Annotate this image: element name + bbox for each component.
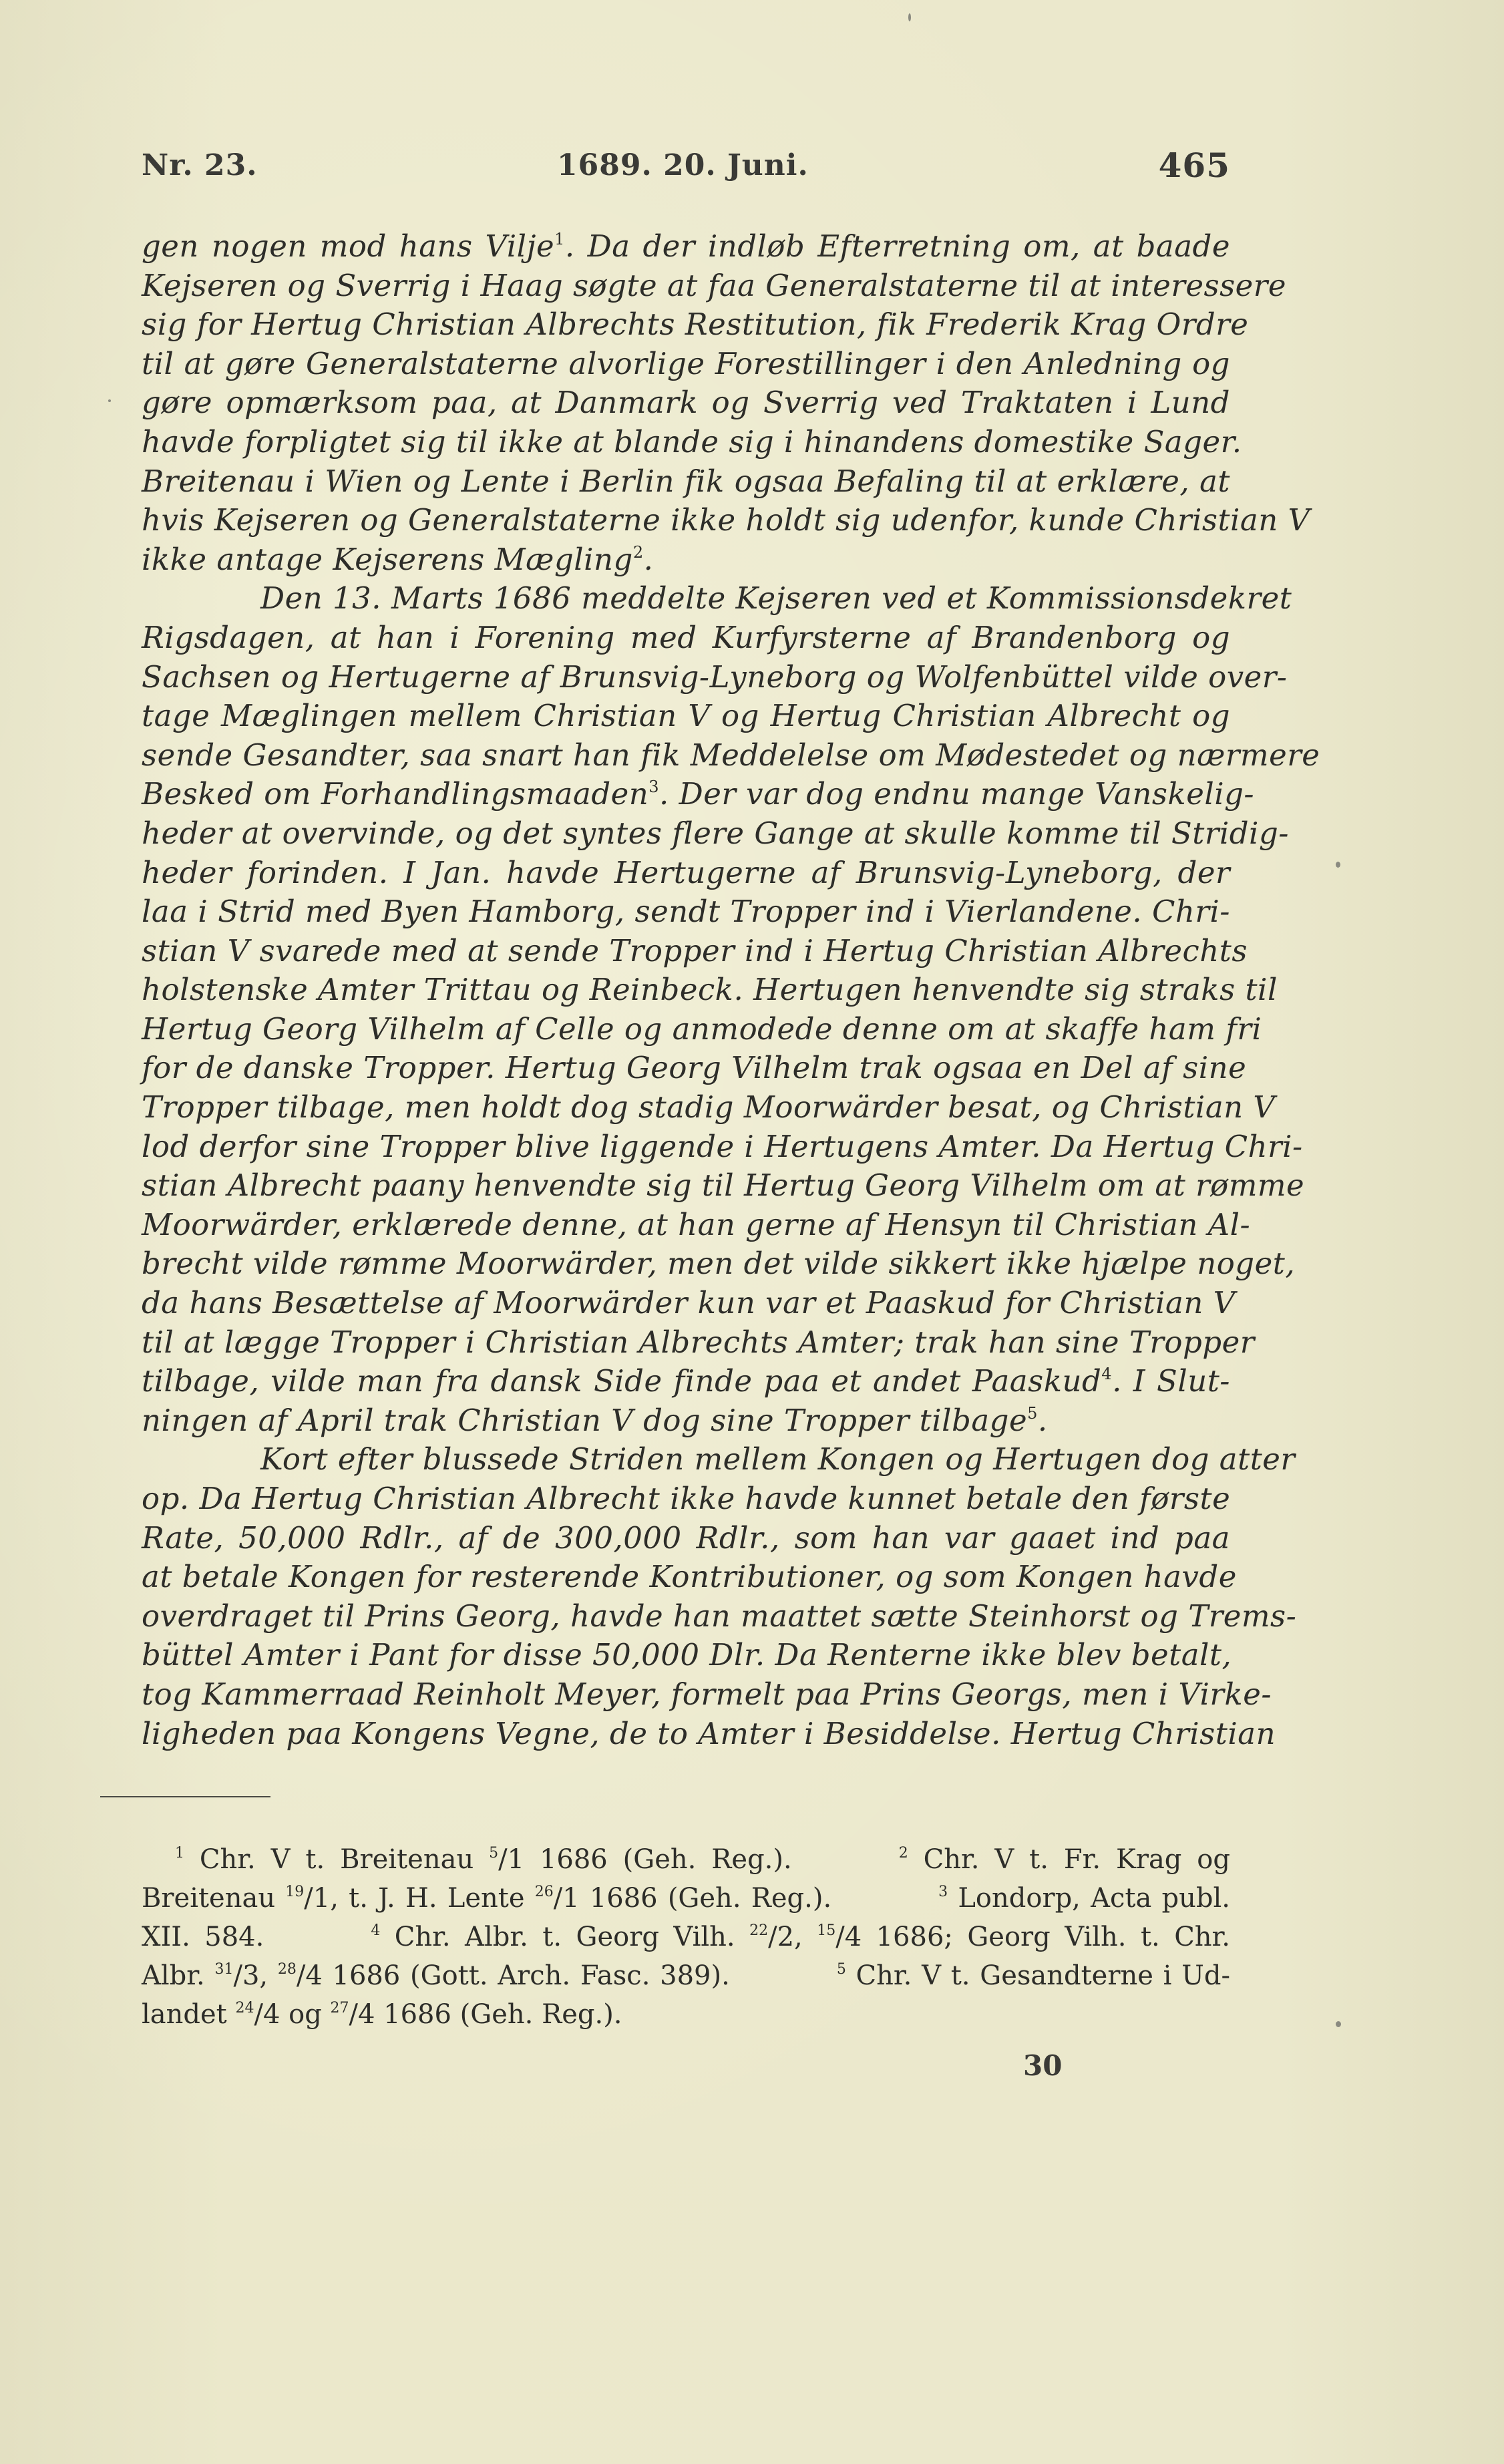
- body-line: for de danske Tropper. Hertug Georg Vilh…: [142, 1049, 1230, 1088]
- body-line: havde forpligtet sig til ikke at blande …: [142, 423, 1230, 462]
- line-text: heder forinden. I Jan. havde Hertugerne …: [142, 855, 1230, 890]
- footnote-ref: 3: [648, 777, 659, 796]
- footnote-number: 3: [938, 1884, 948, 1900]
- line-text: gen nogen mod hans Vilje: [142, 228, 554, 264]
- document-date: 1689. 20. Juni.: [557, 148, 809, 182]
- footnote-number: 15: [817, 1922, 835, 1939]
- footnotes: 1 Chr. V t. Breitenau 5/1 1686 (Geh. Reg…: [142, 1840, 1230, 2034]
- line-text: Moorwärder, erklærede denne, at han gern…: [142, 1207, 1250, 1242]
- footnote-line: landet 24/4 og 27/4 1686 (Geh. Reg.).: [142, 1995, 1230, 2034]
- page-number: 465: [1159, 146, 1230, 185]
- running-head: Nr. 23. 1689. 20. Juni. 465: [142, 148, 1230, 188]
- line-text: overdraget til Prins Georg, havde han ma…: [142, 1598, 1296, 1634]
- paper-speck: [1336, 2021, 1341, 2027]
- line-text-tail: .: [1038, 1403, 1048, 1438]
- line-text: til at gøre Generalstaterne alvorlige Fo…: [142, 346, 1230, 381]
- footnote-text: /1 1686 (Geh. Reg.).: [498, 1844, 792, 1875]
- line-text: stian V svarede med at sende Tropper ind…: [142, 933, 1248, 969]
- footnote-text: /2,: [768, 1922, 817, 1952]
- line-text: Rigsdagen, at han i Forening med Kurfyrs…: [142, 620, 1230, 655]
- body-line: Den 13. Marts 1686 meddelte Kejseren ved…: [142, 579, 1230, 619]
- footnote-line: Albr. 31/3, 28/4 1686 (Gott. Arch. Fasc.…: [142, 1956, 1230, 1995]
- body-line: Sachsen og Hertugerne af Brunsvig-Lynebo…: [142, 658, 1230, 697]
- line-text: laa i Strid med Byen Hamborg, sendt Trop…: [142, 894, 1230, 929]
- footnote-text: Albr.: [142, 1960, 214, 1991]
- footnote-text: Londorp, Acta publ.: [948, 1883, 1230, 1914]
- line-text: for de danske Tropper. Hertug Georg Vilh…: [142, 1050, 1246, 1085]
- body-line: stian V svarede med at sende Tropper ind…: [142, 932, 1230, 971]
- footnote-text: /4 1686; Georg Vilh. t. Chr.: [835, 1922, 1230, 1952]
- line-text: ningen af April trak Christian V dog sin…: [142, 1403, 1027, 1438]
- line-text: gøre opmærksom paa, at Danmark og Sverri…: [142, 385, 1230, 420]
- body-line: da hans Besættelse af Moorwärder kun var…: [142, 1284, 1230, 1323]
- body-line: at betale Kongen for resterende Kontribu…: [142, 1558, 1230, 1597]
- footnote-text: /3,: [233, 1960, 277, 1991]
- line-text: til at lægge Tropper i Christian Albrech…: [142, 1325, 1255, 1360]
- body-line: Hertug Georg Vilhelm af Celle og anmoded…: [142, 1010, 1230, 1049]
- body-text: gen nogen mod hans Vilje1. Da der indløb…: [142, 227, 1230, 1753]
- body-line: tog Kammerraad Reinholt Meyer, formelt p…: [142, 1675, 1230, 1715]
- line-text: da hans Besættelse af Moorwärder kun var…: [142, 1285, 1236, 1321]
- body-line: hvis Kejseren og Generalstaterne ikke ho…: [142, 501, 1230, 540]
- footnote-ref: 5: [1027, 1404, 1038, 1423]
- footnote-text: landet: [142, 1999, 235, 2030]
- line-text: lod derfor sine Tropper blive liggende i…: [142, 1129, 1303, 1164]
- footnote-number: 5: [837, 1961, 846, 1978]
- body-line: Breitenau i Wien og Lente i Berlin fik o…: [142, 462, 1230, 502]
- footnote-ref: 2: [633, 543, 644, 562]
- footnote-text: /1, t. J. H. Lente: [304, 1883, 534, 1914]
- body-line: sende Gesandter, saa snart han fik Medde…: [142, 736, 1230, 775]
- footnote-text: /4 og: [254, 1999, 330, 2030]
- scanned-book-page: Nr. 23. 1689. 20. Juni. 465 gen nogen mo…: [0, 0, 1504, 2464]
- line-text: havde forpligtet sig til ikke at blande …: [142, 424, 1242, 460]
- document-number: Nr. 23.: [142, 148, 258, 182]
- body-line: overdraget til Prins Georg, havde han ma…: [142, 1597, 1230, 1636]
- body-line: op. Da Hertug Christian Albrecht ikke ha…: [142, 1479, 1230, 1519]
- footnote-number: 1: [175, 1845, 184, 1862]
- line-text: Den 13. Marts 1686 meddelte Kejseren ved…: [260, 580, 1292, 616]
- body-line: büttel Amter i Pant for disse 50,000 Dlr…: [142, 1636, 1230, 1675]
- line-text: tage Mæglingen mellem Christian V og Her…: [142, 698, 1230, 733]
- footnote-number: 2: [899, 1845, 908, 1862]
- body-line: til at gøre Generalstaterne alvorlige Fo…: [142, 345, 1230, 384]
- body-line: stian Albrecht paany henvendte sig til H…: [142, 1166, 1230, 1206]
- footnote-number: 27: [331, 2000, 349, 2016]
- line-text: ligheden paa Kongens Vegne, de to Amter …: [142, 1716, 1276, 1751]
- body-line: Moorwärder, erklærede denne, at han gern…: [142, 1206, 1230, 1245]
- footnote-text: /4 1686 (Gott. Arch. Fasc. 389).: [297, 1960, 730, 1991]
- footnote-number: 22: [749, 1922, 768, 1939]
- body-line: lod derfor sine Tropper blive liggende i…: [142, 1127, 1230, 1167]
- footnote-number: 31: [214, 1961, 233, 1978]
- body-line: Rate, 50,000 Rdlr., af de 300,000 Rdlr.,…: [142, 1519, 1230, 1558]
- footnote-number: 28: [278, 1961, 297, 1978]
- body-line: heder forinden. I Jan. havde Hertugerne …: [142, 854, 1230, 893]
- footnote-number: 26: [535, 1884, 554, 1900]
- footnote-text: Chr. V t. Breitenau: [184, 1844, 489, 1875]
- signature-mark: 30: [1023, 2049, 1062, 2082]
- line-text: sig for Hertug Christian Albrechts Resti…: [142, 307, 1248, 342]
- body-line: ligheden paa Kongens Vegne, de to Amter …: [142, 1715, 1230, 1754]
- line-text-tail: . Da der indløb Efterretning om, at baad…: [565, 228, 1230, 264]
- line-text: holstenske Amter Trittau og Reinbeck. He…: [142, 972, 1278, 1007]
- line-text: sende Gesandter, saa snart han fik Medde…: [142, 737, 1320, 773]
- body-line: brecht vilde rømme Moorwärder, men det v…: [142, 1244, 1230, 1284]
- body-line: Tropper tilbage, men holdt dog stadig Mo…: [142, 1088, 1230, 1127]
- line-text: tilbage, vilde man fra dansk Side finde …: [142, 1363, 1101, 1399]
- body-line: Rigsdagen, at han i Forening med Kurfyrs…: [142, 619, 1230, 658]
- footnote-text: /4 1686 (Geh. Reg.).: [349, 1999, 622, 2030]
- footnote-ref: 4: [1101, 1365, 1112, 1383]
- body-line: ningen af April trak Christian V dog sin…: [142, 1401, 1230, 1441]
- line-text: brecht vilde rømme Moorwärder, men det v…: [142, 1246, 1295, 1281]
- body-line: holstenske Amter Trittau og Reinbeck. He…: [142, 971, 1230, 1010]
- body-line: heder at overvinde, og det syntes flere …: [142, 814, 1230, 854]
- line-text: Kort efter blussede Striden mellem Konge…: [260, 1441, 1295, 1477]
- line-text: Tropper tilbage, men holdt dog stadig Mo…: [142, 1089, 1275, 1125]
- footnote-line: 1 Chr. V t. Breitenau 5/1 1686 (Geh. Reg…: [142, 1840, 1230, 1879]
- line-text: at betale Kongen for resterende Kontribu…: [142, 1559, 1237, 1594]
- footnote-number: 19: [285, 1884, 304, 1900]
- paper-speck: [1336, 862, 1340, 868]
- body-line: gøre opmærksom paa, at Danmark og Sverri…: [142, 383, 1230, 423]
- body-line: Kejseren og Sverrig i Haag søgte at faa …: [142, 267, 1230, 306]
- line-text: büttel Amter i Pant for disse 50,000 Dlr…: [142, 1637, 1232, 1673]
- footnote-ref: 1: [554, 230, 565, 248]
- body-line: gen nogen mod hans Vilje1. Da der indløb…: [142, 227, 1230, 267]
- paper-speck: [908, 13, 911, 21]
- line-text: op. Da Hertug Christian Albrecht ikke ha…: [142, 1481, 1230, 1516]
- line-text: Hertug Georg Vilhelm af Celle og anmoded…: [142, 1011, 1262, 1047]
- footnote-line: XII. 584.4 Chr. Albr. t. Georg Vilh. 22/…: [142, 1918, 1230, 1956]
- line-text: Rate, 50,000 Rdlr., af de 300,000 Rdlr.,…: [142, 1520, 1230, 1556]
- body-line: ikke antage Kejserens Mægling2.: [142, 540, 1230, 580]
- footnote-text: Breitenau: [142, 1883, 285, 1914]
- footnote-text: Chr. Albr. t. Georg Vilh.: [380, 1922, 749, 1952]
- line-text: Breitenau i Wien og Lente i Berlin fik o…: [142, 464, 1230, 499]
- paper-speck: [108, 399, 111, 402]
- body-line: tage Mæglingen mellem Christian V og Her…: [142, 697, 1230, 736]
- line-text: Besked om Forhandlingsmaaden: [142, 776, 648, 812]
- footnote-text: XII. 584.: [142, 1922, 264, 1952]
- footnote-rule: [100, 1796, 270, 1797]
- line-text-tail: . I Slut-: [1112, 1363, 1230, 1399]
- line-text-tail: . Der var dog endnu mange Vanskelig-: [659, 776, 1254, 812]
- body-line: sig for Hertug Christian Albrechts Resti…: [142, 305, 1230, 345]
- line-text: Sachsen og Hertugerne af Brunsvig-Lynebo…: [142, 659, 1288, 695]
- body-line: Besked om Forhandlingsmaaden3. Der var d…: [142, 775, 1230, 814]
- footnote-number: 5: [489, 1845, 498, 1862]
- footnote-text: /1 1686 (Geh. Reg.).: [554, 1883, 831, 1914]
- body-line: laa i Strid med Byen Hamborg, sendt Trop…: [142, 892, 1230, 932]
- line-text-tail: .: [644, 542, 654, 577]
- body-line: tilbage, vilde man fra dansk Side finde …: [142, 1362, 1230, 1401]
- footnote-number: 4: [371, 1922, 380, 1939]
- line-text: Kejseren og Sverrig i Haag søgte at faa …: [142, 268, 1286, 303]
- body-line: til at lægge Tropper i Christian Albrech…: [142, 1323, 1230, 1363]
- line-text: tog Kammerraad Reinholt Meyer, formelt p…: [142, 1677, 1272, 1712]
- line-text: hvis Kejseren og Generalstaterne ikke ho…: [142, 502, 1310, 538]
- line-text: heder at overvinde, og det syntes flere …: [142, 816, 1289, 851]
- footnote-text: Chr. V t. Gesandterne i Ud-: [846, 1960, 1230, 1991]
- footnote-line: Breitenau 19/1, t. J. H. Lente 26/1 1686…: [142, 1879, 1230, 1918]
- footnote-text: Chr. V t. Fr. Krag og: [908, 1844, 1230, 1875]
- footnote-number: 24: [235, 2000, 254, 2016]
- body-line: Kort efter blussede Striden mellem Konge…: [142, 1440, 1230, 1479]
- line-text: stian Albrecht paany henvendte sig til H…: [142, 1168, 1304, 1203]
- line-text: ikke antage Kejserens Mægling: [142, 542, 633, 577]
